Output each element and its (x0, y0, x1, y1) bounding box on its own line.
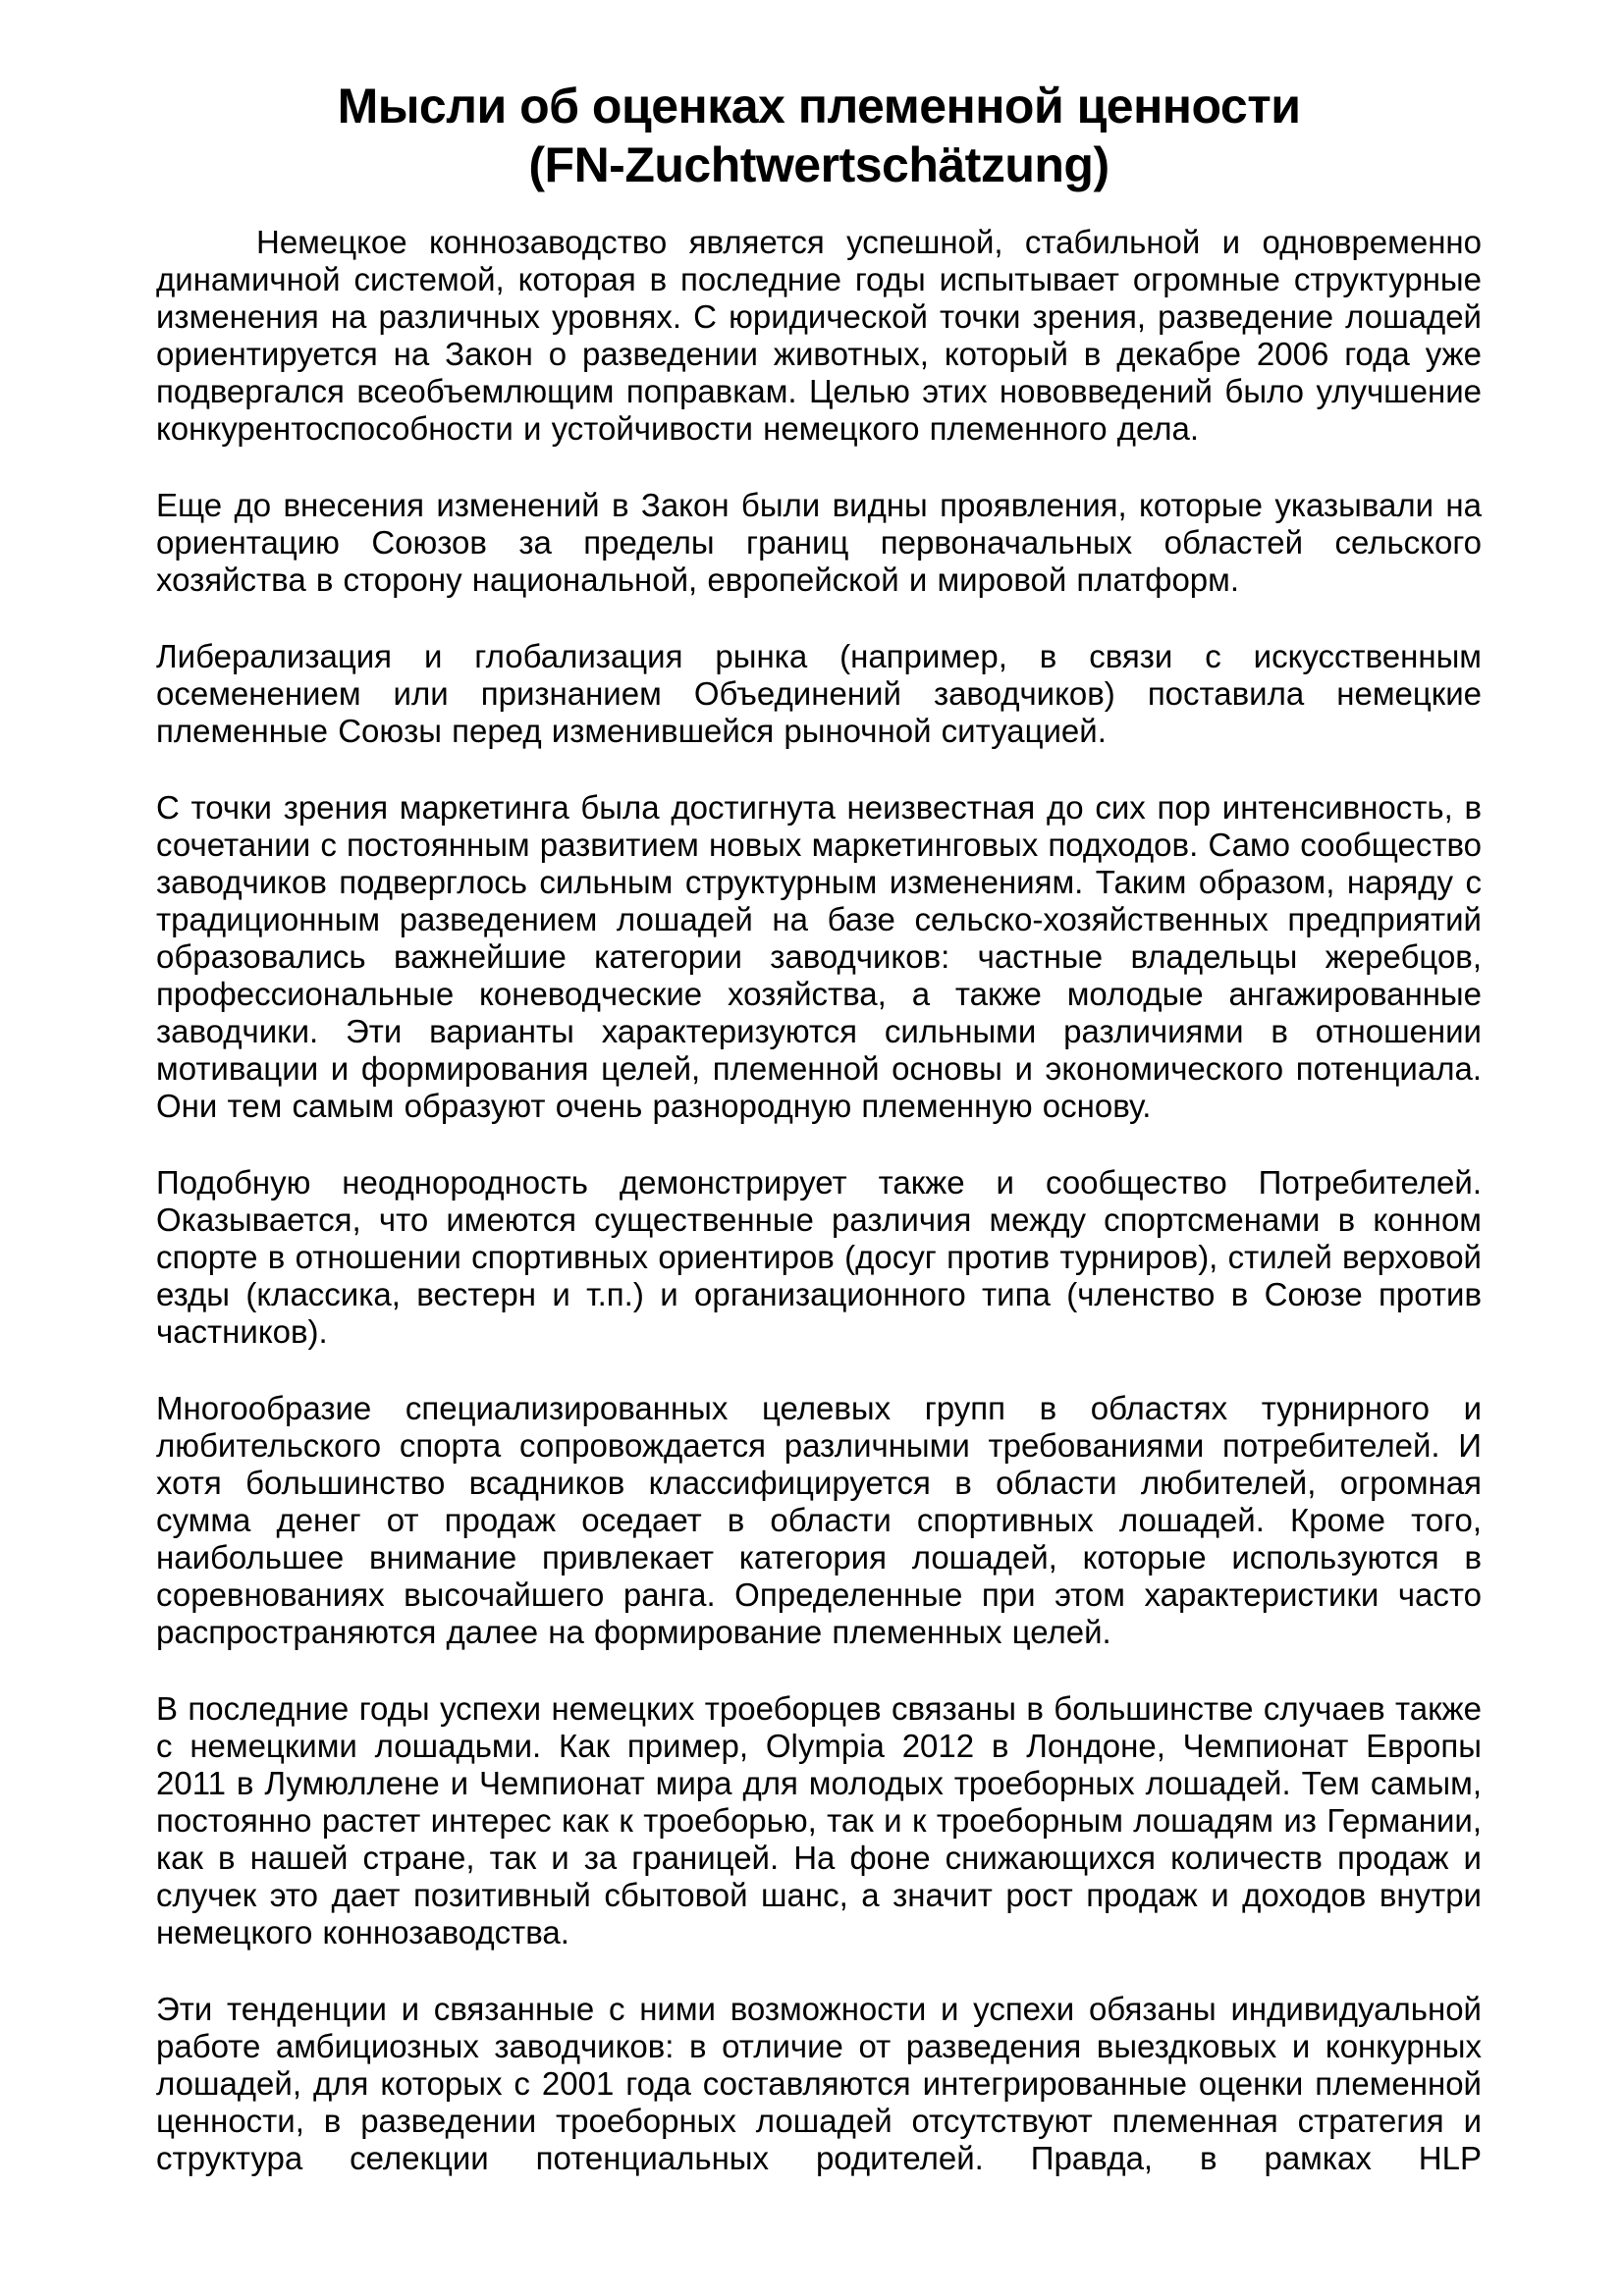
paragraph-8: Эти тенденции и связанные с ними возможн… (156, 1991, 1482, 2177)
paragraph-2: Еще до внесения изменений в Закон были в… (156, 487, 1482, 599)
page-title-line-2: (FN-Zuchtwertschätzung) (156, 135, 1482, 194)
text-block: Мысли об оценках племенной ценности (FN-… (156, 77, 1482, 2177)
paragraph-7: В последние годы успехи немецких троебор… (156, 1690, 1482, 1951)
page-title: Мысли об оценках племенной ценности (FN-… (156, 77, 1482, 194)
paragraph-3: Либерализация и глобализация рынка (напр… (156, 638, 1482, 750)
page-title-line-1: Мысли об оценках племенной ценности (156, 77, 1482, 135)
paragraph-5: Подобную неоднородность демонстрирует та… (156, 1164, 1482, 1351)
document-body: Немецкое коннозаводство является успешно… (156, 224, 1482, 2177)
document-page: Мысли об оценках племенной ценности (FN-… (0, 0, 1623, 2296)
paragraph-4: С точки зрения маркетинга была достигнут… (156, 789, 1482, 1125)
paragraph-1: Немецкое коннозаводство является успешно… (156, 224, 1482, 448)
paragraph-6: Многообразие специализированных целевых … (156, 1390, 1482, 1651)
